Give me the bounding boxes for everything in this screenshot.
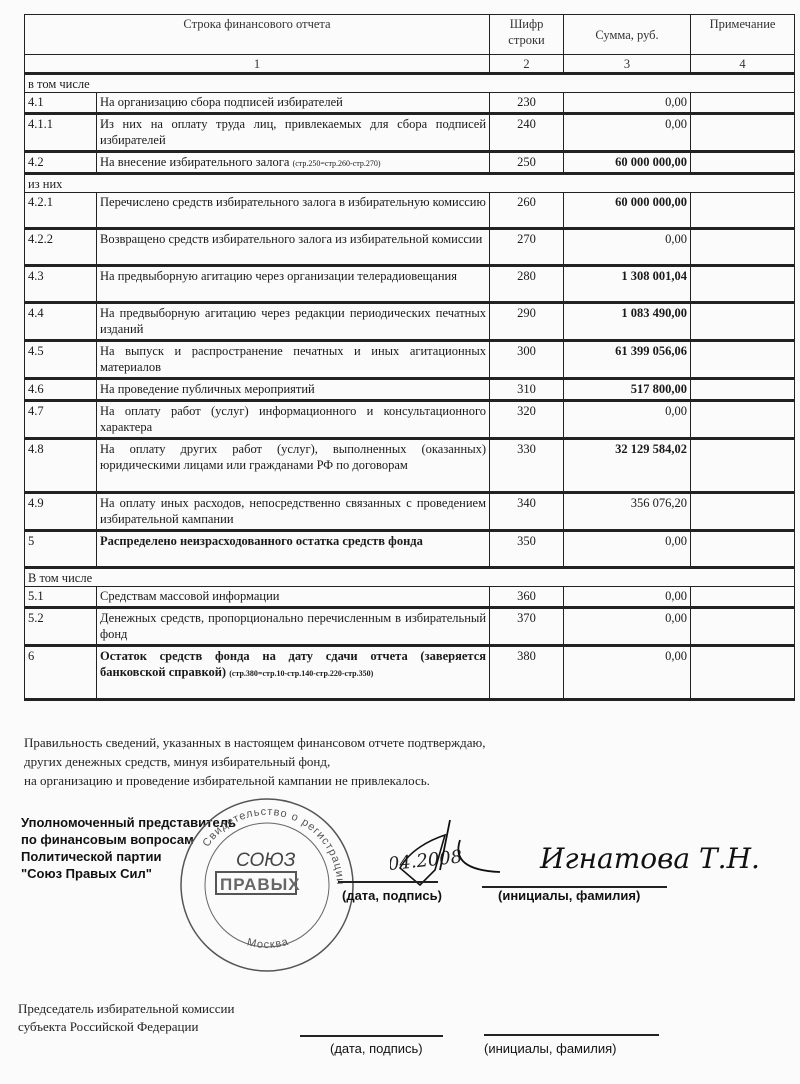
confirmation-line: Правильность сведений, указанных в насто… [24,733,486,752]
financial-report-table: Строка финансового отчета Шифр строки Су… [24,14,795,701]
row-label: Остаток средств фонда на дату сдачи отче… [97,646,490,700]
row-shifr: 260 [490,193,564,229]
row-label-text: На проведение публичных мероприятий [100,382,315,396]
column-number: 4 [691,55,795,74]
row-label-formula: (стр.250=стр.260-стр.270) [293,159,381,168]
row-sum: 32 129 584,02 [564,439,691,493]
party-stamp-icon: Свидетельство о регистрации Москва СОЮЗ … [172,790,362,980]
stamp-bottom-text: Москва [246,936,290,951]
table-row: 5Распределено неизрасходованного остатка… [25,531,795,568]
row-label-text: На оплату иных расходов, непосредственно… [100,496,486,526]
row-shifr: 270 [490,229,564,266]
row-note [691,646,795,700]
chairman-block: Председатель избирательной комиссии субъ… [18,1000,234,1036]
column-number: 2 [490,55,564,74]
header-note: Примечание [691,15,795,55]
handwritten-date: 09.04.2008 [390,846,463,878]
table-row: 4.2.1Перечислено средств избирательного … [25,193,795,229]
confirmation-line: других денежных средств, минуя избирател… [24,752,486,771]
chairman-date-line [300,1035,443,1037]
section-label: из них [25,174,795,193]
row-sum: 1 083 490,00 [564,303,691,341]
row-sum: 356 076,20 [564,493,691,531]
table-row: 4.2.2Возвращено средств избирательного з… [25,229,795,266]
row-sum: 0,00 [564,531,691,568]
row-shifr: 250 [490,152,564,174]
row-note [691,587,795,608]
row-label: Средствам массовой информации [97,587,490,608]
row-code: 4.3 [25,266,97,303]
header-row: Строка финансового отчета Шифр строки Су… [25,15,795,55]
row-label: На предвыборную агитацию через редакции … [97,303,490,341]
section-label: в том числе [25,74,795,93]
row-sum: 60 000 000,00 [564,152,691,174]
row-code: 4.7 [25,401,97,439]
row-label: На оплату других работ (услуг), выполнен… [97,439,490,493]
row-note [691,114,795,152]
row-code: 4.1.1 [25,114,97,152]
row-label: Из них на оплату труда лиц, привлекаемых… [97,114,490,152]
svg-text:Москва: Москва [246,936,290,951]
date-signature-line [338,881,438,883]
table-row: 4.7На оплату работ (услуг) информационно… [25,401,795,439]
row-code: 4.5 [25,341,97,379]
row-sum: 0,00 [564,229,691,266]
row-sum: 0,00 [564,93,691,114]
row-note [691,93,795,114]
row-label: Денежных средств, пропорционально перечи… [97,608,490,646]
row-code: 4.9 [25,493,97,531]
row-code: 5.2 [25,608,97,646]
section-label: В том числе [25,568,795,587]
row-label-formula: (стр.380=стр.10-стр.140-стр.220-стр.350) [229,669,373,678]
row-shifr: 340 [490,493,564,531]
row-label: На организацию сбора подписей избирателе… [97,93,490,114]
row-code: 5.1 [25,587,97,608]
row-shifr: 370 [490,608,564,646]
row-note [691,531,795,568]
date-signature-caption: (дата, подпись) [342,888,442,903]
row-label: На проведение публичных мероприятий [97,379,490,401]
row-label-text: Возвращено средств избирательного залога… [100,232,482,246]
chairman-name-caption: (инициалы, фамилия) [484,1041,616,1056]
row-label-text: Из них на оплату труда лиц, привлекаемых… [100,117,486,147]
section-row: из них [25,174,795,193]
section-row: в том числе [25,74,795,93]
column-numbers-row: 1 2 3 4 [25,55,795,74]
row-note [691,608,795,646]
row-label-text: На предвыборную агитацию через организац… [100,269,457,283]
row-sum: 61 399 056,06 [564,341,691,379]
row-note [691,193,795,229]
row-note [691,439,795,493]
row-code: 4.2 [25,152,97,174]
row-label-text: Перечислено средств избирательного залог… [100,195,486,209]
table-row: 5.2Денежных средств, пропорционально пер… [25,608,795,646]
table-row: 4.8На оплату других работ (услуг), выпол… [25,439,795,493]
row-code: 5 [25,531,97,568]
row-sum: 0,00 [564,401,691,439]
row-code: 4.2.1 [25,193,97,229]
row-shifr: 360 [490,587,564,608]
row-shifr: 300 [490,341,564,379]
handwritten-name: Игнатова Т.Н. [539,842,760,875]
row-sum: 60 000 000,00 [564,193,691,229]
row-label-text: Денежных средств, пропорционально перечи… [100,611,486,641]
row-label: Распределено неизрасходованного остатка … [97,531,490,568]
row-shifr: 350 [490,531,564,568]
row-label: На внесение избирательного залога (стр.2… [97,152,490,174]
row-note [691,266,795,303]
stamp-top-text: Свидетельство о регистрации [200,806,346,886]
row-code: 4.1 [25,93,97,114]
row-sum: 0,00 [564,608,691,646]
row-shifr: 280 [490,266,564,303]
stamp-center-top: СОЮЗ [236,850,296,871]
row-label: На выпуск и распространение печатных и и… [97,341,490,379]
row-label-text: На внесение избирательного залога [100,155,293,169]
row-label-text: На оплату других работ (услуг), выполнен… [100,442,486,472]
row-label-text: Средствам массовой информации [100,589,280,603]
row-note [691,229,795,266]
table-row: 4.2На внесение избирательного залога (ст… [25,152,795,174]
column-number: 3 [564,55,691,74]
row-shifr: 310 [490,379,564,401]
row-label: На оплату работ (услуг) информационного … [97,401,490,439]
stamp-center-mid: ПРАВЫХ [220,875,301,894]
row-shifr: 240 [490,114,564,152]
table-row: 4.5На выпуск и распространение печатных … [25,341,795,379]
row-label-text: На оплату работ (услуг) информационного … [100,404,486,434]
row-label: Перечислено средств избирательного залог… [97,193,490,229]
row-shifr: 380 [490,646,564,700]
row-sum: 1 308 001,04 [564,266,691,303]
table-row: 4.6На проведение публичных мероприятий31… [25,379,795,401]
chairman-name-line [484,1034,659,1036]
table-row: 4.1На организацию сбора подписей избират… [25,93,795,114]
name-caption: (инициалы, фамилия) [498,888,640,903]
table-row: 4.1.1Из них на оплату труда лиц, привлек… [25,114,795,152]
row-sum: 0,00 [564,587,691,608]
section-row: В том числе [25,568,795,587]
table-row: 4.9На оплату иных расходов, непосредстве… [25,493,795,531]
row-code: 6 [25,646,97,700]
table-row: 6Остаток средств фонда на дату сдачи отч… [25,646,795,700]
row-label: На оплату иных расходов, непосредственно… [97,493,490,531]
row-sum: 0,00 [564,646,691,700]
row-label-text: На выпуск и распространение печатных и и… [100,344,486,374]
chairman-line: субъекта Российской Федерации [18,1018,234,1036]
row-note [691,401,795,439]
row-code: 4.6 [25,379,97,401]
confirmation-text: Правильность сведений, указанных в насто… [24,733,486,790]
row-shifr: 320 [490,401,564,439]
chairman-line: Председатель избирательной комиссии [18,1000,234,1018]
table-row: 5.1Средствам массовой информации3600,00 [25,587,795,608]
table-row: 4.4На предвыборную агитацию через редакц… [25,303,795,341]
row-label-text: Распределено неизрасходованного остатка … [100,534,423,548]
table-row: 4.3На предвыборную агитацию через органи… [25,266,795,303]
header-line: Строка финансового отчета [25,15,490,55]
signature-icon: 09.04.2008 Игнатова Т.Н. [390,810,790,890]
row-note [691,379,795,401]
row-label: На предвыборную агитацию через организац… [97,266,490,303]
row-note [691,493,795,531]
header-shifr: Шифр строки [490,15,564,55]
column-number: 1 [25,55,490,74]
row-code: 4.4 [25,303,97,341]
row-label: Возвращено средств избирательного залога… [97,229,490,266]
row-shifr: 230 [490,93,564,114]
row-sum: 0,00 [564,114,691,152]
row-shifr: 330 [490,439,564,493]
row-note [691,152,795,174]
row-label-text: На предвыборную агитацию через редакции … [100,306,486,336]
row-code: 4.8 [25,439,97,493]
confirmation-line: на организацию и проведение избирательно… [24,771,486,790]
chairman-date-caption: (дата, подпись) [330,1041,423,1056]
row-sum: 517 800,00 [564,379,691,401]
svg-text:Свидетельство о регистрации: Свидетельство о регистрации [200,806,346,886]
row-label-text: На организацию сбора подписей избирателе… [100,95,343,109]
row-code: 4.2.2 [25,229,97,266]
row-note [691,341,795,379]
row-shifr: 290 [490,303,564,341]
row-note [691,303,795,341]
header-sum: Сумма, руб. [564,15,691,55]
